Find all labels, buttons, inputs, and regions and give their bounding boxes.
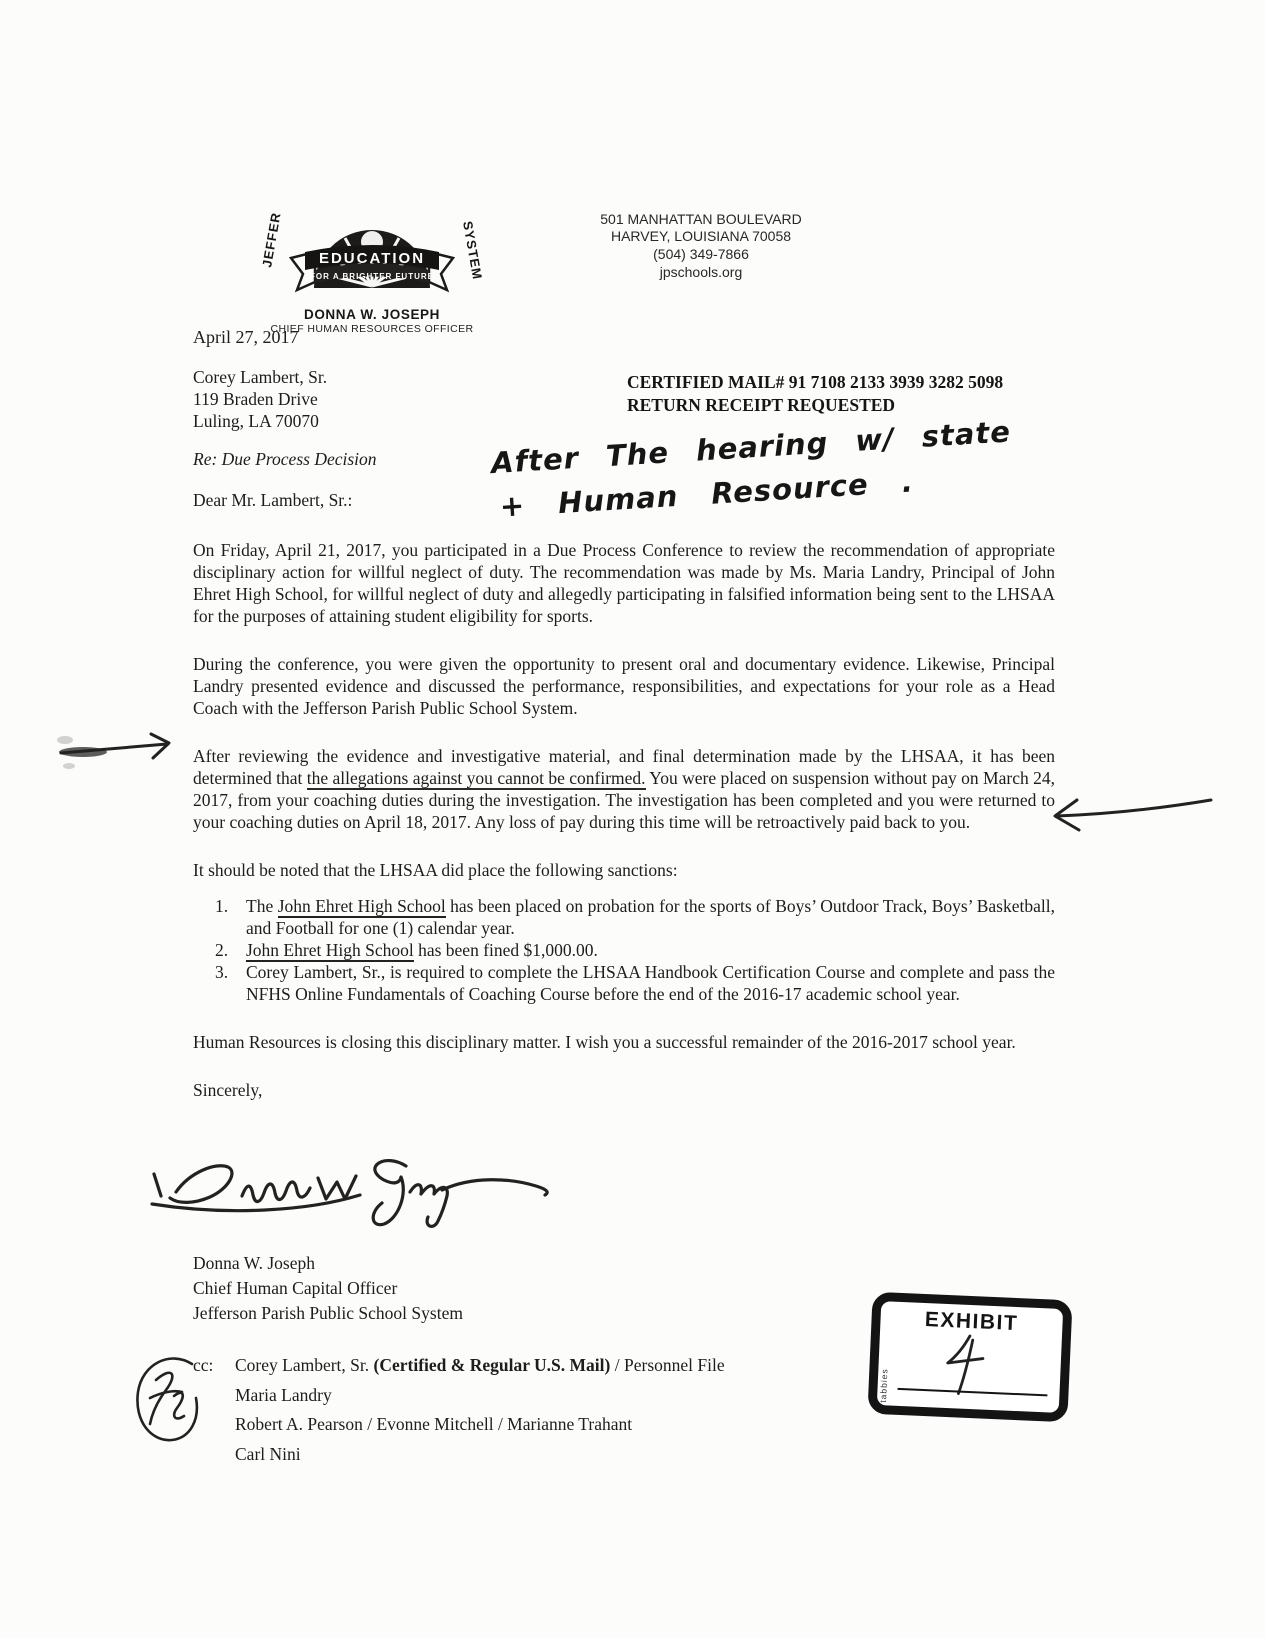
letter-body: On Friday, April 21, 2017, you participa… bbox=[193, 539, 1055, 1127]
paragraph-2: During the conference, you were given th… bbox=[193, 653, 1055, 719]
underlined-school-name: John Ehret High School bbox=[278, 896, 446, 918]
list-number: 1. bbox=[215, 895, 246, 939]
letter-date: April 27, 2017 bbox=[193, 327, 299, 348]
handwritten-signature bbox=[138, 1140, 568, 1235]
recipient-street: 119 Braden Drive bbox=[193, 388, 327, 410]
cc-entry: Corey Lambert, Sr. (Certified & Regular … bbox=[235, 1351, 725, 1381]
cc-block: cc: Corey Lambert, Sr. (Certified & Regu… bbox=[193, 1351, 725, 1469]
logo-arc-text-left: JEFFER bbox=[259, 211, 283, 269]
signer-org: Jefferson Parish Public School System bbox=[193, 1301, 463, 1326]
list-item-text: Corey Lambert, Sr., is required to compl… bbox=[246, 961, 1055, 1005]
logo-arc-text-right: SYSTEM bbox=[460, 220, 485, 281]
closing-paragraph: Human Resources is closing this discipli… bbox=[193, 1031, 1055, 1053]
paragraph-3: After reviewing the evidence and investi… bbox=[193, 745, 1055, 833]
letterhead-address-block: 501 MANHATTAN BOULEVARD HARVEY, LOUISIAN… bbox=[575, 214, 827, 281]
list-item: 1. The John Ehret High School has been p… bbox=[193, 895, 1055, 939]
right-pointing-arrow-annotation bbox=[55, 726, 180, 774]
cc-entry: Robert A. Pearson / Evonne Mitchell / Ma… bbox=[235, 1410, 725, 1440]
letterhead-logo-block: EDUCATION FOR A BRIGHTER FUTURE JEFFER S… bbox=[246, 208, 498, 335]
signature-block: Donna W. Joseph Chief Human Capital Offi… bbox=[193, 1251, 463, 1326]
underlined-school-name: John Ehret High School bbox=[246, 940, 414, 962]
re-line: Re: Due Process Decision bbox=[193, 449, 377, 470]
certified-mail-number: CERTIFIED MAIL# 91 7108 2133 3939 3282 5… bbox=[627, 371, 1003, 394]
list-item: 2. John Ehret High School has been fined… bbox=[193, 939, 1055, 961]
stamp-brand: tabbies bbox=[878, 1368, 889, 1403]
paragraph-1: On Friday, April 21, 2017, you participa… bbox=[193, 539, 1055, 627]
hand-underlined-phrase: the allegations against you cannot be co… bbox=[307, 768, 646, 790]
recipient-city: Luling, LA 70070 bbox=[193, 410, 327, 432]
certified-mail-block: CERTIFIED MAIL# 91 7108 2133 3939 3282 5… bbox=[627, 371, 1003, 417]
officer-name: DONNA W. JOSEPH bbox=[246, 307, 498, 322]
handwritten-note: After The hearing w/ state + Human Resou… bbox=[490, 407, 1054, 529]
address-phone: (504) 349-7866 bbox=[575, 245, 827, 263]
address-website: jpschools.org bbox=[575, 263, 827, 281]
sanctions-list: 1. The John Ehret High School has been p… bbox=[193, 895, 1055, 1005]
list-item-text: The John Ehret High School has been plac… bbox=[246, 895, 1055, 939]
salutation: Dear Mr. Lambert, Sr.: bbox=[193, 490, 352, 511]
valediction: Sincerely, bbox=[193, 1079, 1055, 1101]
list-number: 3. bbox=[215, 961, 246, 1005]
left-pointing-arrow-annotation bbox=[1043, 786, 1218, 846]
cc-entries: Corey Lambert, Sr. (Certified & Regular … bbox=[235, 1351, 725, 1469]
exhibit-number-handwritten bbox=[939, 1331, 1000, 1399]
district-seal-icon: EDUCATION FOR A BRIGHTER FUTURE JEFFER S… bbox=[257, 208, 487, 300]
recipient-address-block: Corey Lambert, Sr. 119 Braden Drive Luli… bbox=[193, 366, 327, 432]
address-line-street: 501 MANHATTAN BOULEVARD bbox=[575, 214, 827, 227]
sanctions-intro: It should be noted that the LHSAA did pl… bbox=[193, 859, 1055, 881]
logo-banner-text: EDUCATION bbox=[319, 250, 425, 267]
logo-banner-subtext: FOR A BRIGHTER FUTURE bbox=[310, 272, 434, 281]
signer-title: Chief Human Capital Officer bbox=[193, 1276, 463, 1301]
signer-name: Donna W. Joseph bbox=[193, 1251, 463, 1276]
list-number: 2. bbox=[215, 939, 246, 961]
cc-entry-bold: (Certified & Regular U.S. Mail) bbox=[374, 1355, 611, 1375]
recipient-name: Corey Lambert, Sr. bbox=[193, 366, 327, 388]
list-item-text: John Ehret High School has been fined $1… bbox=[246, 939, 1055, 961]
circled-initials-annotation bbox=[130, 1346, 204, 1446]
cc-entry: Carl Nini bbox=[235, 1440, 725, 1470]
address-line-city: HARVEY, LOUISIANA 70058 bbox=[575, 227, 827, 245]
list-item: 3. Corey Lambert, Sr., is required to co… bbox=[193, 961, 1055, 1005]
exhibit-stamp: tabbies EXHIBIT bbox=[867, 1292, 1072, 1423]
cc-entry: Maria Landry bbox=[235, 1381, 725, 1411]
